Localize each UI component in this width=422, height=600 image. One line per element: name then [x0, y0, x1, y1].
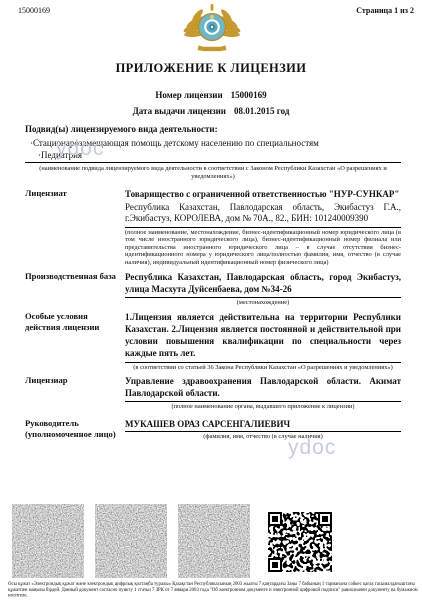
divider-line: [25, 162, 401, 163]
license-number-value: 15000169: [231, 90, 267, 100]
subtypes-caption: (наименование подвида лицензируемого вид…: [25, 165, 401, 180]
licensor-caption: (полное наименование органа, выдавшего п…: [125, 403, 401, 411]
divider-line: [125, 362, 401, 363]
legal-footer-text: Осы құжат «Электрондық құжат және электр…: [8, 582, 421, 599]
licensor-label: Лицензиар: [25, 375, 121, 386]
signature-stamp-2-icon: [95, 504, 167, 578]
head-official-name: МУКАШЕВ ОРАЗ САРСЕНГАЛИЕВИЧ: [125, 418, 401, 430]
licensee-caption: (полное наименование, местонахождение, б…: [125, 229, 401, 267]
licensee-block: Товарищество с ограниченной ответственно…: [125, 188, 401, 266]
head-official-label-line1: Руководитель: [25, 418, 123, 429]
production-base-caption: (местонахождение): [125, 299, 401, 307]
ydoc-watermark: ydoc: [56, 137, 104, 161]
head-official-caption: (фамилия, имя, отчество (в случае наличи…: [125, 433, 401, 441]
issue-date-label: Дата выдачи лицензии: [133, 106, 226, 116]
license-number-line: Номер лицензии15000169: [0, 90, 422, 100]
special-conditions-value: 1.Лицензия является действительна на тер…: [125, 311, 401, 360]
license-appendix-page: 15000169 Страница 1 из 2 ПРИЛОЖЕНИЕ К ЛИ…: [0, 0, 422, 600]
special-conditions-block: 1.Лицензия является действительна на тер…: [125, 311, 401, 371]
issue-date-value: 08.01.2015 год: [234, 106, 289, 116]
page-title: ПРИЛОЖЕНИЕ К ЛИЦЕНЗИИ: [0, 61, 422, 76]
licensee-name: Товарищество с ограниченной ответственно…: [125, 188, 401, 200]
page-indicator: Страница 1 из 2: [356, 6, 414, 15]
subtypes-heading: Подвид(ы) лицензируемого вида деятельнос…: [25, 124, 218, 134]
qr-code-icon: [267, 511, 333, 573]
kazakhstan-emblem-icon: [181, 3, 243, 53]
production-base-label: Производственная база: [25, 271, 123, 282]
license-number-label: Номер лицензии: [155, 90, 222, 100]
special-conditions-label: Особые условия действия лицензии: [25, 311, 110, 333]
divider-line: [125, 297, 401, 298]
production-base-value: Республика Казахстан, Павлодарская облас…: [125, 271, 401, 295]
divider-line: [125, 401, 401, 402]
signature-stamp-1-icon: [12, 504, 84, 578]
divider-line: [125, 227, 401, 228]
head-official-block: МУКАШЕВ ОРАЗ САРСЕНГАЛИЕВИЧ (фамилия, им…: [125, 418, 401, 441]
licensor-value: Управление здравоохранения Павлодарской …: [125, 375, 401, 399]
licensee-label: Лицензиат: [25, 188, 121, 199]
licensor-block: Управление здравоохранения Павлодарской …: [125, 375, 401, 411]
document-number-header: 15000169: [18, 6, 50, 15]
special-conditions-caption: (в соответствии со статьей 36 Закона Рес…: [125, 364, 401, 372]
licensee-address: Республика Казахстан, Павлодарская облас…: [125, 202, 401, 225]
divider-line: [125, 431, 401, 432]
production-base-block: Республика Казахстан, Павлодарская облас…: [125, 271, 401, 307]
head-official-label-line2: (уполномоченное лицо): [25, 429, 123, 440]
ydoc-watermark: ydoc: [288, 436, 336, 460]
signature-stamp-3-icon: [178, 504, 250, 578]
issue-date-line: Дата выдачи лицензии08.01.2015 год: [0, 106, 422, 116]
head-official-label: Руководитель (уполномоченное лицо): [25, 418, 123, 440]
